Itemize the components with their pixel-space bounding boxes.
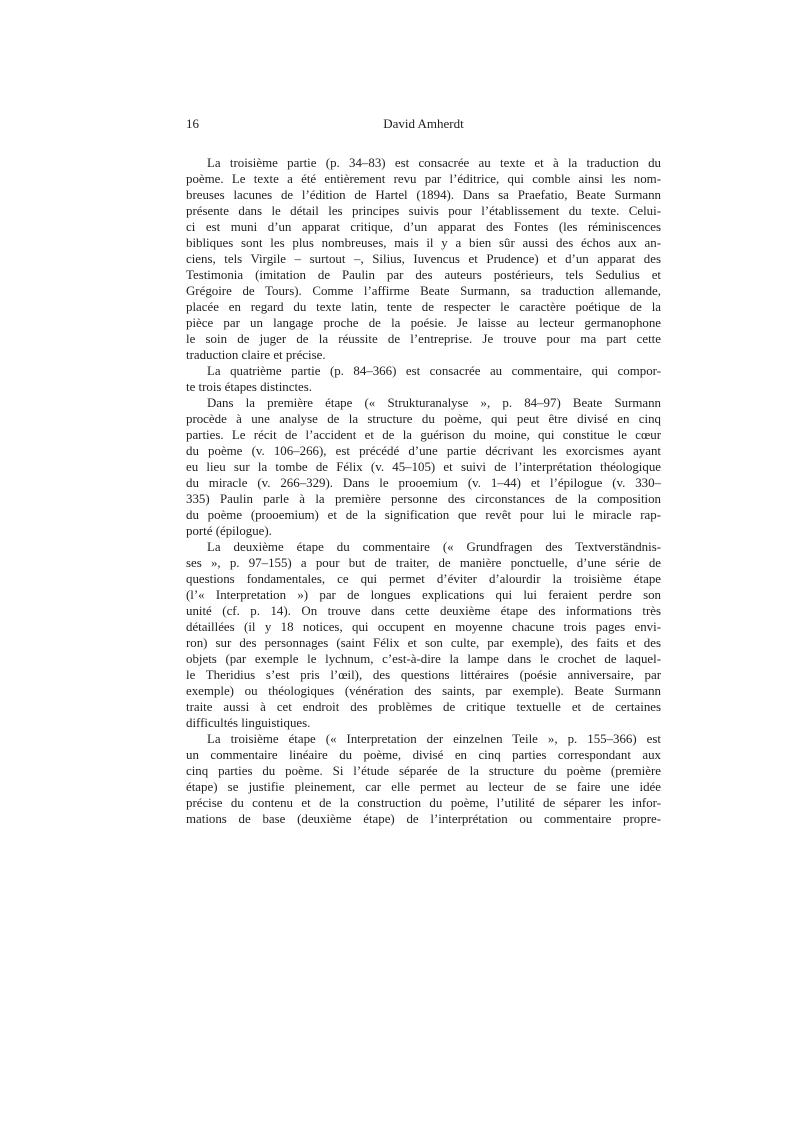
text-line: difficultés linguistiques. bbox=[186, 715, 661, 731]
text-line: Dans la première étape (« Strukturanalys… bbox=[186, 395, 661, 411]
text-line: bibliques sont les plus nombreuses, mais… bbox=[186, 235, 661, 251]
text-line: eu lieu sur la tombe de Félix (v. 45–105… bbox=[186, 459, 661, 475]
page-number: 16 bbox=[186, 116, 199, 132]
text-line: cinq parties du poème. Si l’étude séparé… bbox=[186, 763, 661, 779]
text-block: La troisième partie (p. 34–83) est consa… bbox=[186, 155, 661, 827]
text-line: Grégoire de Tours). Comme l’affirme Beat… bbox=[186, 283, 661, 299]
text-line: le soin de juger de la réussite de l’ent… bbox=[186, 331, 661, 347]
text-line: du miracle (v. 266–329). Dans le prooemi… bbox=[186, 475, 661, 491]
paragraph: La quatrième partie (p. 84–366) est cons… bbox=[186, 363, 661, 395]
text-line: un commentaire linéaire du poème, divisé… bbox=[186, 747, 661, 763]
text-line: unité (cf. p. 14). On trouve dans cette … bbox=[186, 603, 661, 619]
text-line: ciens, tels Virgile – surtout –, Silius,… bbox=[186, 251, 661, 267]
text-line: traite aussi à cet endroit des problèmes… bbox=[186, 699, 661, 715]
text-line: pièce par un langage proche de la poésie… bbox=[186, 315, 661, 331]
text-line: mations de base (deuxième étape) de l’in… bbox=[186, 811, 661, 827]
text-line: parties. Le récit de l’accident et de la… bbox=[186, 427, 661, 443]
paragraph: La troisième étape (« Interpretation der… bbox=[186, 731, 661, 827]
text-line: objets (par exemple le lychnum, c’est-à-… bbox=[186, 651, 661, 667]
text-line: procède à une analyse de la structure du… bbox=[186, 411, 661, 427]
text-line: exemple) ou théologiques (vénération des… bbox=[186, 683, 661, 699]
text-line: précise du contenu et de la construction… bbox=[186, 795, 661, 811]
text-line: La quatrième partie (p. 84–366) est cons… bbox=[186, 363, 661, 379]
text-line: porté (épilogue). bbox=[186, 523, 661, 539]
paragraph: Dans la première étape (« Strukturanalys… bbox=[186, 395, 661, 539]
text-line: La troisième étape (« Interpretation der… bbox=[186, 731, 661, 747]
text-line: le Theridius s’est pris l’œil), des ques… bbox=[186, 667, 661, 683]
text-line: 335) Paulin parle à la première personne… bbox=[186, 491, 661, 507]
text-line: ron) sur des personnages (saint Félix et… bbox=[186, 635, 661, 651]
text-line: étape) se justifie pleinement, car elle … bbox=[186, 779, 661, 795]
text-line: placée en regard du texte latin, tente d… bbox=[186, 299, 661, 315]
document-page: 16 David Amherdt La troisième partie (p.… bbox=[0, 0, 800, 1131]
text-line: poème. Le texte a été entièrement revu p… bbox=[186, 171, 661, 187]
text-line: breuses lacunes de l’édition de Hartel (… bbox=[186, 187, 661, 203]
running-head: 16 David Amherdt bbox=[186, 116, 661, 132]
paragraph: La deuxième étape du commentaire (« Grun… bbox=[186, 539, 661, 731]
text-line: Testimonia (imitation de Paulin par des … bbox=[186, 267, 661, 283]
text-line: ses », p. 97–155) a pour but de traiter,… bbox=[186, 555, 661, 571]
paragraph: La troisième partie (p. 34–83) est consa… bbox=[186, 155, 661, 363]
text-line: (l’« Interpretation ») par de longues ex… bbox=[186, 587, 661, 603]
text-line: questions fondamentales, ce qui permet d… bbox=[186, 571, 661, 587]
text-line: ci est muni d’un apparat critique, d’un … bbox=[186, 219, 661, 235]
text-line: te trois étapes distinctes. bbox=[186, 379, 661, 395]
running-head-title: David Amherdt bbox=[186, 116, 661, 132]
text-line: La deuxième étape du commentaire (« Grun… bbox=[186, 539, 661, 555]
text-line: présente dans le détail les principes su… bbox=[186, 203, 661, 219]
text-line: La troisième partie (p. 34–83) est consa… bbox=[186, 155, 661, 171]
text-line: du poème (prooemium) et de la significat… bbox=[186, 507, 661, 523]
text-line: détaillées (il y 18 notices, qui occupen… bbox=[186, 619, 661, 635]
text-line: du poème (v. 106–266), est précédé d’une… bbox=[186, 443, 661, 459]
text-line: traduction claire et précise. bbox=[186, 347, 661, 363]
